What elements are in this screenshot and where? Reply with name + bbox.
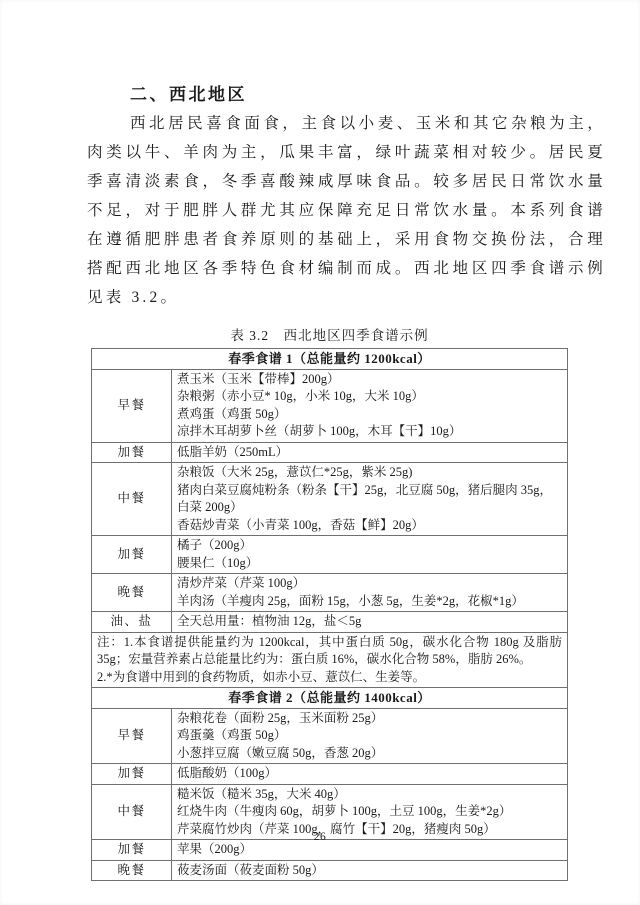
dish-item: 低脂酸奶（100g） <box>177 765 562 783</box>
meal-items: 煮玉米（玉米【带棒】200g）杂粮粥（赤小豆* 10g，小米 10g，大米 10… <box>172 369 568 442</box>
dish-item: 香菇炒青菜（小青菜 100g，香菇【鲜】20g） <box>177 517 562 535</box>
menu-row: 晚餐清炒芹菜（芹菜 100g）羊肉汤（羊瘦肉 25g，面粉 15g，小葱 5g，… <box>92 574 568 612</box>
menu-row: 加餐低脂酸奶（100g） <box>92 764 568 785</box>
page-number: 26 <box>0 831 640 843</box>
dish-item: 低脂羊奶（250mL） <box>177 444 562 462</box>
dish-item: 全天总用量：植物油 12g，盐＜5g <box>177 613 562 631</box>
meal-label: 早餐 <box>92 369 172 442</box>
dish-item: 煮玉米（玉米【带棒】200g） <box>177 371 562 389</box>
dish-item: 红烧牛肉（牛瘦肉 60g，胡萝卜 100g，土豆 100g，生姜*2g） <box>177 803 562 821</box>
meal-label: 加餐 <box>92 764 172 785</box>
dish-item: 凉拌木耳胡萝卜丝（胡萝卜 100g，木耳【干】10g） <box>177 423 562 441</box>
dish-item: 杂粮粥（赤小豆* 10g，小米 10g，大米 10g） <box>177 388 562 406</box>
meal-label: 油、盐 <box>92 612 172 633</box>
meal-items: 低脂羊奶（250mL） <box>172 442 568 463</box>
meal-label: 中餐 <box>92 463 172 536</box>
table-block: 表 3.2 西北地区四季食谱示例 春季食谱 1（总能量约 1200kcal）早餐… <box>91 324 568 881</box>
meal-items: 莜麦汤面（莜麦面粉 50g） <box>172 860 568 881</box>
meal-items: 杂粮花卷（面粉 25g，玉米面粉 25g）鸡蛋羹（鸡蛋 50g）小葱拌豆腐（嫩豆… <box>172 708 568 764</box>
dish-item: 杂粮饭（大米 25g，薏苡仁*25g，紫米 25g) <box>177 464 562 482</box>
menu-header: 春季食谱 2（总能量约 1400kcal） <box>92 688 568 709</box>
meal-label: 早餐 <box>92 708 172 764</box>
body-paragraph: 西北居民喜食面食，主食以小麦、玉米和其它杂粮为主，肉类以牛、羊肉为主，瓜果丰富，… <box>87 109 606 312</box>
dish-item: 苹果（200g） <box>177 841 562 859</box>
note-line: 2.*为食谱中用到的食药物质，如赤小豆、薏苡仁、生姜等。 <box>97 669 562 687</box>
menu-header-row: 春季食谱 1（总能量约 1200kcal） <box>92 349 568 370</box>
menu-row: 加餐低脂羊奶（250mL） <box>92 442 568 463</box>
menu-header-row: 春季食谱 2（总能量约 1400kcal） <box>92 688 568 709</box>
menu-row: 中餐杂粮饭（大米 25g，薏苡仁*25g，紫米 25g)猪肉白菜豆腐炖粉条（粉条… <box>92 463 568 536</box>
dish-item: 腰果仁（10g） <box>177 555 562 573</box>
meal-items: 低脂酸奶（100g） <box>172 764 568 785</box>
meal-label: 晚餐 <box>92 574 172 612</box>
dish-item: 糙米饭（糙米 35g，大米 40g） <box>177 786 562 804</box>
meal-label: 加餐 <box>92 536 172 574</box>
meal-label: 加餐 <box>92 442 172 463</box>
dish-item: 猪肉白菜豆腐炖粉条（粉条【干】25g，北豆腐 50g，猪后腿肉 35g，白菜 2… <box>177 482 562 517</box>
meal-items: 杂粮饭（大米 25g，薏苡仁*25g，紫米 25g)猪肉白菜豆腐炖粉条（粉条【干… <box>172 463 568 536</box>
dish-item: 杂粮花卷（面粉 25g，玉米面粉 25g） <box>177 710 562 728</box>
dish-item: 橘子（200g） <box>177 537 562 555</box>
note-line: 注：1.本食谱提供能量约为 1200kcal，其中蛋白质 50g，碳水化合物 1… <box>97 634 562 669</box>
dish-item: 鸡蛋羹（鸡蛋 50g） <box>177 727 562 745</box>
meal-items: 全天总用量：植物油 12g，盐＜5g <box>172 612 568 633</box>
menu-table: 春季食谱 1（总能量约 1200kcal）早餐煮玉米（玉米【带棒】200g）杂粮… <box>91 348 568 881</box>
menu-table-body: 春季食谱 1（总能量约 1200kcal）早餐煮玉米（玉米【带棒】200g）杂粮… <box>92 349 568 881</box>
section-heading: 二、西北地区 <box>87 83 606 107</box>
menu-row: 加餐橘子（200g）腰果仁（10g） <box>92 536 568 574</box>
document-page: 二、西北地区 西北居民喜食面食，主食以小麦、玉米和其它杂粮为主，肉类以牛、羊肉为… <box>0 0 640 905</box>
menu-row: 油、盐全天总用量：植物油 12g，盐＜5g <box>92 612 568 633</box>
table-caption: 表 3.2 西北地区四季食谱示例 <box>91 324 568 344</box>
menu-row: 晚餐莜麦汤面（莜麦面粉 50g） <box>92 860 568 881</box>
dish-item: 煮鸡蛋（鸡蛋 50g） <box>177 406 562 424</box>
meal-items: 清炒芹菜（芹菜 100g）羊肉汤（羊瘦肉 25g，面粉 15g，小葱 5g，生姜… <box>172 574 568 612</box>
meal-items: 橘子（200g）腰果仁（10g） <box>172 536 568 574</box>
table-note: 注：1.本食谱提供能量约为 1200kcal，其中蛋白质 50g，碳水化合物 1… <box>92 632 568 688</box>
note-row: 注：1.本食谱提供能量约为 1200kcal，其中蛋白质 50g，碳水化合物 1… <box>92 632 568 688</box>
menu-row: 早餐煮玉米（玉米【带棒】200g）杂粮粥（赤小豆* 10g，小米 10g，大米 … <box>92 369 568 442</box>
meal-label: 晚餐 <box>92 860 172 881</box>
dish-item: 清炒芹菜（芹菜 100g） <box>177 575 562 593</box>
menu-header: 春季食谱 1（总能量约 1200kcal） <box>92 349 568 370</box>
dish-item: 羊肉汤（羊瘦肉 25g，面粉 15g，小葱 5g，生姜*2g，花椒*1g） <box>177 593 562 611</box>
dish-item: 莜麦汤面（莜麦面粉 50g） <box>177 862 562 880</box>
menu-row: 早餐杂粮花卷（面粉 25g，玉米面粉 25g）鸡蛋羹（鸡蛋 50g）小葱拌豆腐（… <box>92 708 568 764</box>
dish-item: 小葱拌豆腐（嫩豆腐 50g，香葱 20g） <box>177 745 562 763</box>
